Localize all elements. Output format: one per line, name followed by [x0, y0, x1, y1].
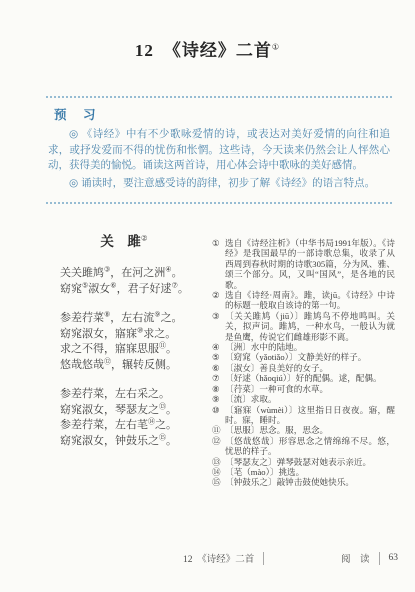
- annotation-text: 〔关关雎鸠（jiū）〕雎鸠鸟不停地鸣叫。关关，拟声词。雎鸠，一种水鸟，一般认为就…: [225, 311, 395, 342]
- poem-line: 关关雎鸠③，在河之洲④。: [60, 266, 212, 282]
- annotation-number: ②: [212, 290, 225, 311]
- annotation-item: ⑭〔芼（mào）〕挑选。: [212, 467, 395, 477]
- annotation-item: ⑦〔好逑（hǎoqiú）〕好的配偶。逑，配偶。: [212, 373, 395, 383]
- footer-page-number: 63: [389, 553, 399, 563]
- bullet-icon: ◎: [69, 129, 79, 140]
- annotations-column: ①选自《诗经注析》（中华书局1991年版）。《诗经》是我国最早的一部诗歌总集，收…: [212, 228, 395, 488]
- annotation-text: 〔淑女〕善良美好的女子。: [225, 363, 395, 373]
- annotation-number: ⑤: [212, 352, 225, 362]
- poem-line: 窈窕淑女，寤寐⑩求之。: [60, 327, 212, 343]
- annotation-text: 〔芼（mào）〕挑选。: [225, 467, 395, 477]
- lesson-title-text: 《诗经》二首: [164, 41, 272, 60]
- poem-line: 参差荇菜⑧，左右流⑨之。: [60, 311, 212, 327]
- footer-lesson-label: 12 《诗经》二首: [183, 551, 254, 565]
- title-note-ref: ①: [272, 42, 280, 51]
- annotation-text: 〔钟鼓乐之〕敲钟击鼓使她快乐。: [225, 477, 395, 487]
- poem-line: 窈窕淑女，琴瑟友之⑬。: [60, 403, 212, 419]
- annotation-item: ⑨〔流〕求取。: [212, 394, 395, 404]
- annotation-number: ⑭: [212, 467, 225, 477]
- poem-note-ref: ②: [141, 234, 148, 243]
- footer-section-label: 阅 读: [341, 551, 370, 565]
- preview-bullet-list: ◎《诗经》中有不少歌咏爱情的诗，或表达对美好爱情的向往和追求，或抒发爱而不得的忧…: [48, 127, 390, 191]
- poem-stanza: 参差荇菜，左右采之。窈窕淑女，琴瑟友之⑬。参差荇菜，左右芼⑭之。窈窕淑女，钟鼓乐…: [60, 387, 212, 449]
- page-footer: 12 《诗经》二首 阅 读 63: [183, 551, 398, 565]
- annotation-text: 〔寤寐（wùmèi）〕这里指日日夜夜。寤，醒时。寐，睡时。: [225, 405, 395, 426]
- annotation-item: ⑥〔淑女〕善良美好的女子。: [212, 363, 395, 373]
- poem-column: 关 雎② 关关雎鸠③，在河之洲④。窈窕⑤淑女⑥，君子好逑⑦。参差荇菜⑧，左右流⑨…: [46, 228, 212, 488]
- annotation-number: ⑮: [212, 477, 225, 487]
- annotation-text: 〔窈窕（yǎotiǎo）〕文静美好的样子。: [225, 352, 395, 362]
- annotation-text: 〔思服〕思念。服，思念。: [225, 425, 395, 435]
- textbook-page: 12《诗经》二首① 预 习 ◎《诗经》中有不少歌咏爱情的诗，或表达对美好爱情的向…: [0, 0, 415, 592]
- footer-divider: [379, 552, 380, 565]
- preview-heading: 预 习: [54, 105, 390, 123]
- annotation-number: ⑬: [212, 457, 225, 467]
- annotation-number: ⑫: [212, 436, 225, 457]
- annotation-number: ③: [212, 311, 225, 342]
- annotation-text: 〔琴瑟友之〕弹琴鼓瑟对她表示亲近。: [225, 457, 395, 467]
- annotation-number: ①: [212, 238, 225, 290]
- annotation-item: ⑮〔钟鼓乐之〕敲钟击鼓使她快乐。: [212, 477, 395, 487]
- poem-title-text: 关 雎: [100, 234, 141, 249]
- annotation-item: ⑧〔荇菜〕一种可食的水草。: [212, 384, 395, 394]
- annotation-text: 〔悠哉悠哉〕形容思念之情绵绵不尽。悠，忧思的样子。: [225, 436, 395, 457]
- annotation-number: ⑧: [212, 384, 225, 394]
- annotation-item: ⑩〔寤寐（wùmèi）〕这里指日日夜夜。寤，醒时。寐，睡时。: [212, 405, 395, 426]
- poem-line: 悠哉悠哉⑫，辗转反侧。: [60, 358, 212, 374]
- annotation-text: 〔好逑（hǎoqiú）〕好的配偶。逑，配偶。: [225, 373, 395, 383]
- page-title: 12《诗经》二首①: [0, 36, 415, 61]
- annotation-item: ⑤〔窈窕（yǎotiǎo）〕文静美好的样子。: [212, 352, 395, 362]
- annotation-text: 选自《诗经·周南》。雎，读jū。《诗经》中诗的标题一般取自该诗的第一句。: [225, 290, 395, 311]
- annotation-item: ⑫〔悠哉悠哉〕形容思念之情绵绵不尽。悠，忧思的样子。: [212, 436, 395, 457]
- annotation-item: ③〔关关雎鸠（jiū）〕雎鸠鸟不停地鸣叫。关关，拟声词。雎鸠，一种水鸟，一般认为…: [212, 311, 395, 342]
- poem-line: 窈窕⑤淑女⑥，君子好逑⑦。: [60, 282, 212, 298]
- annotation-number: ⑩: [212, 405, 225, 426]
- annotation-number: ⑦: [212, 373, 225, 383]
- preview-bullet: ◎《诗经》中有不少歌咏爱情的诗，或表达对美好爱情的向往和追求，或抒发爱而不得的忧…: [48, 127, 390, 174]
- annotation-text: 〔荇菜〕一种可食的水草。: [225, 384, 395, 394]
- preview-bullet: ◎诵读时，要注意感受诗的韵律，初步了解《诗经》的语言特点。: [48, 176, 390, 192]
- poem-title: 关 雎②: [60, 230, 188, 250]
- annotation-item: ①选自《诗经注析》（中华书局1991年版）。《诗经》是我国最早的一部诗歌总集，收…: [212, 238, 395, 290]
- preview-box: 预 习 ◎《诗经》中有不少歌咏爱情的诗，或表达对美好爱情的向往和追求，或抒发爱而…: [46, 96, 392, 204]
- bullet-icon: ◎: [69, 178, 78, 189]
- annotation-text: 〔洲〕水中的陆地。: [225, 342, 395, 352]
- annotation-item: ⑪〔思服〕思念。服，思念。: [212, 425, 395, 435]
- poem-body: 关关雎鸠③，在河之洲④。窈窕⑤淑女⑥，君子好逑⑦。参差荇菜⑧，左右流⑨之。窈窕淑…: [60, 266, 212, 449]
- annotation-text: 〔流〕求取。: [225, 394, 395, 404]
- annotation-text: 选自《诗经注析》（中华书局1991年版）。《诗经》是我国最早的一部诗歌总集，收录…: [225, 238, 395, 290]
- poem-line: 参差荇菜，左右芼⑭之。: [60, 418, 212, 434]
- annotation-number: ⑥: [212, 363, 225, 373]
- poem-line: 窈窕淑女，钟鼓乐之⑮。: [60, 434, 212, 450]
- annotation-number: ⑨: [212, 394, 225, 404]
- annotation-item: ②选自《诗经·周南》。雎，读jū。《诗经》中诗的标题一般取自该诗的第一句。: [212, 290, 395, 311]
- poem-line: 求之不得，寤寐思服⑪。: [60, 342, 212, 358]
- poem-stanza: 关关雎鸠③，在河之洲④。窈窕⑤淑女⑥，君子好逑⑦。: [60, 266, 212, 297]
- poem-line: 参差荇菜，左右采之。: [60, 387, 212, 403]
- lesson-number: 12: [135, 41, 154, 60]
- annotation-number: ④: [212, 342, 225, 352]
- footer-divider: [263, 552, 264, 565]
- annotation-item: ④〔洲〕水中的陆地。: [212, 342, 395, 352]
- poem-stanza: 参差荇菜⑧，左右流⑨之。窈窕淑女，寤寐⑩求之。求之不得，寤寐思服⑪。悠哉悠哉⑫，…: [60, 311, 212, 373]
- annotation-number: ⑪: [212, 425, 225, 435]
- annotation-item: ⑬〔琴瑟友之〕弹琴鼓瑟对她表示亲近。: [212, 457, 395, 467]
- main-content: 关 雎② 关关雎鸠③，在河之洲④。窈窕⑤淑女⑥，君子好逑⑦。参差荇菜⑧，左右流⑨…: [46, 228, 395, 488]
